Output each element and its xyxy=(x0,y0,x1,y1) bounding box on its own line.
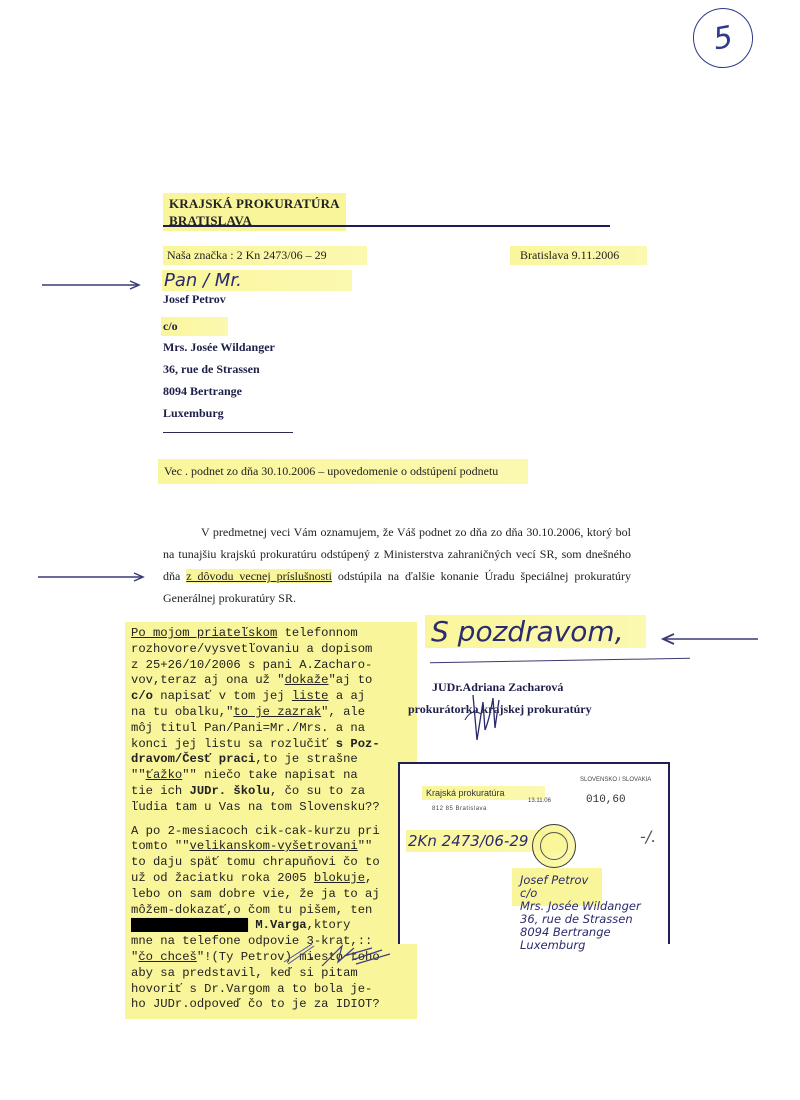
page-number-text: 5 xyxy=(711,19,736,57)
envelope-image: Krajská prokuratúra 812 85 Bratislava 13… xyxy=(398,762,670,944)
annotation-text: to je zazrak xyxy=(233,705,321,719)
annotation-text: telefonnom xyxy=(277,626,357,640)
recipient-country: Luxemburg xyxy=(163,406,224,421)
annotation-line: Po mojom priateľskom telefonnom xyxy=(131,626,413,642)
annotation-text: M.Varga xyxy=(255,918,306,932)
annotation-text: to daju späť tomu chrapuňovi čo to xyxy=(131,855,380,869)
signature-scribble xyxy=(455,690,505,745)
annotation-text: napisať v tom jej xyxy=(153,689,292,703)
annotation-line: na tu obalku,"to je zazrak", ale xyxy=(131,705,413,721)
annotation-text: môj titul Pan/Pani=Mr./Mrs. a na xyxy=(131,721,365,735)
annotation-text: , čo su to za xyxy=(270,784,365,798)
annotation-text: velikanskom-vyšetrovani xyxy=(190,839,358,853)
annotation-line: to daju späť tomu chrapuňovi čo to xyxy=(131,855,413,871)
annotation-text: A po 2-mesiacoch cik-cak-kurzu pri xyxy=(131,824,380,838)
annotation-text: lebo on sam dobre vie, že ja to aj xyxy=(131,887,380,901)
recipient-name: Josef Petrov xyxy=(163,292,226,307)
annotation-text: Po mojom priateľskom xyxy=(131,626,277,640)
annotation-line xyxy=(131,816,413,824)
annotation-line: môžem-dokazať,o čom tu pišem, ten xyxy=(131,903,413,919)
annotation-line: c/o napisať v tom jej liste a aj xyxy=(131,689,413,705)
annotation-text: hovoriť s Dr.Vargom a to bola je- xyxy=(131,982,372,996)
recipient-city: 8094 Bertrange xyxy=(163,384,242,399)
reference-number: Naša značka : 2 Kn 2473/06 – 29 xyxy=(163,246,367,265)
handwritten-closing: S pozdravom, xyxy=(425,615,646,648)
annotation-text: ťažko xyxy=(146,768,183,782)
envelope-sender-city: 812 85 Bratislava xyxy=(432,806,487,812)
annotation-text: konci jej listu sa rozlučiť xyxy=(131,737,336,751)
annotation-text: liste xyxy=(292,689,329,703)
signature-scribble xyxy=(282,940,392,968)
annotation-text: môžem-dokazať,o čom tu pišem, ten xyxy=(131,903,372,917)
envelope-handwritten-mark: -/. xyxy=(640,827,656,846)
annotation-text: vov,teraz aj ona už " xyxy=(131,673,285,687)
subject-line: Vec . podnet zo dňa 30.10.2006 – upovedo… xyxy=(158,459,528,484)
address-divider xyxy=(163,432,293,433)
annotation-text: čo chceš xyxy=(138,950,197,964)
annotation-text: dokaže xyxy=(285,673,329,687)
annotation-line: konci jej listu sa rozlučiť s Poz- xyxy=(131,737,413,753)
recipient-line: Mrs. Josée Wildanger xyxy=(163,340,275,355)
organization-line-1: KRAJSKÁ PROKURATÚRA xyxy=(169,195,340,212)
annotation-line: ho JUDr.odpoveď čo to je za IDIOT? xyxy=(131,997,413,1013)
envelope-meter-date: 13.11.06 xyxy=(528,798,551,804)
annotation-line: hovoriť s Dr.Vargom a to bola je- xyxy=(131,982,413,998)
annotation-text: tie ich xyxy=(131,784,190,798)
annotation-line: aby sa predstavil, keď si pitam xyxy=(131,966,413,982)
annotation-line: lebo on sam dobre vie, že ja to aj xyxy=(131,887,413,903)
annotation-text: , xyxy=(365,871,372,885)
annotation-text: "" xyxy=(131,768,146,782)
annotation-text: ", ale xyxy=(321,705,365,719)
annotation-line: môj titul Pan/Pani=Mr./Mrs. a na xyxy=(131,721,413,737)
annotation-text: JUDr. školu xyxy=(190,784,270,798)
annotation-line: dravom/Česť praci,to je strašne xyxy=(131,752,413,768)
annotation-line: tomto ""velikanskom-vyšetrovani"" xyxy=(131,839,413,855)
annotation-text: "" xyxy=(358,839,373,853)
annotation-line: ľudia tam u Vas na tom Slovensku?? xyxy=(131,800,413,816)
annotation-text: už od žaciatku roka 2005 xyxy=(131,871,314,885)
annotation-text: ho JUDr.odpoveď čo to je za IDIOT? xyxy=(131,997,380,1011)
annotation-text: na tu obalku," xyxy=(131,705,233,719)
annotation-text: z 25+26/10/2006 s pani A.Zacharo- xyxy=(131,658,372,672)
closing-underline xyxy=(430,658,690,664)
arrow-right-icon xyxy=(42,279,142,291)
annotation-text: s Poz- xyxy=(336,737,380,751)
recipient-care-of: c/o xyxy=(161,317,228,336)
redacted-text: ████████████████ xyxy=(131,918,248,932)
annotation-text: ľudia tam u Vas na tom Slovensku?? xyxy=(131,800,380,814)
annotation-text: "aj to xyxy=(328,673,372,687)
annotation-text: a aj xyxy=(329,689,366,703)
handwritten-salutation: Pan / Mr. xyxy=(162,270,352,291)
annotation-line: vov,teraz aj ona už "dokaže"aj to xyxy=(131,673,413,689)
arrow-right-icon xyxy=(38,571,146,583)
arrow-left-icon xyxy=(660,632,758,646)
header-divider xyxy=(163,225,610,227)
page-number: 5 xyxy=(688,3,758,73)
annotation-line: ""ťažko"" niečo take napisat na xyxy=(131,768,413,784)
envelope-postage-label: SLOVENSKO / SLOVAKIA xyxy=(580,776,651,784)
annotation-line: rozhovore/vysvetľovaniu a dopisom xyxy=(131,642,413,658)
annotation-text: dravom/Česť praci xyxy=(131,752,255,766)
annotation-text: c/o xyxy=(131,689,153,703)
annotation-text: rozhovore/vysvetľovaniu a dopisom xyxy=(131,642,372,656)
annotation-line: tie ich JUDr. školu, čo su to za xyxy=(131,784,413,800)
envelope-handwritten-address: Josef Petrov c/o Mrs. Josée Wildanger 36… xyxy=(520,874,641,952)
postmark-inner-ring xyxy=(540,832,568,860)
letter-body: V predmetnej veci Vám oznamujem, že Váš … xyxy=(163,521,631,609)
annotation-text: ,ktory xyxy=(307,918,351,932)
annotation-text: ,to je strašne xyxy=(255,752,357,766)
annotation-line: A po 2-mesiacoch cik-cak-kurzu pri xyxy=(131,824,413,840)
annotation-line: ████████████████ M.Varga,ktory xyxy=(131,918,413,934)
envelope-sender: Krajská prokuratúra xyxy=(422,786,545,800)
envelope-postage-value: 010,60 xyxy=(584,794,628,806)
body-highlighted-phrase: z dôvodu vecnej príslušnosti xyxy=(186,569,332,583)
recipient-street: 36, rue de Strassen xyxy=(163,362,260,377)
annotation-line: už od žaciatku roka 2005 blokuje, xyxy=(131,871,413,887)
annotation-text: "" niečo take napisat na xyxy=(182,768,358,782)
annotation-line: z 25+26/10/2006 s pani A.Zacharo- xyxy=(131,658,413,674)
annotation-text: blokuje xyxy=(314,871,365,885)
annotation-text: tomto "" xyxy=(131,839,190,853)
place-date: Bratislava 9.11.2006 xyxy=(510,246,647,265)
